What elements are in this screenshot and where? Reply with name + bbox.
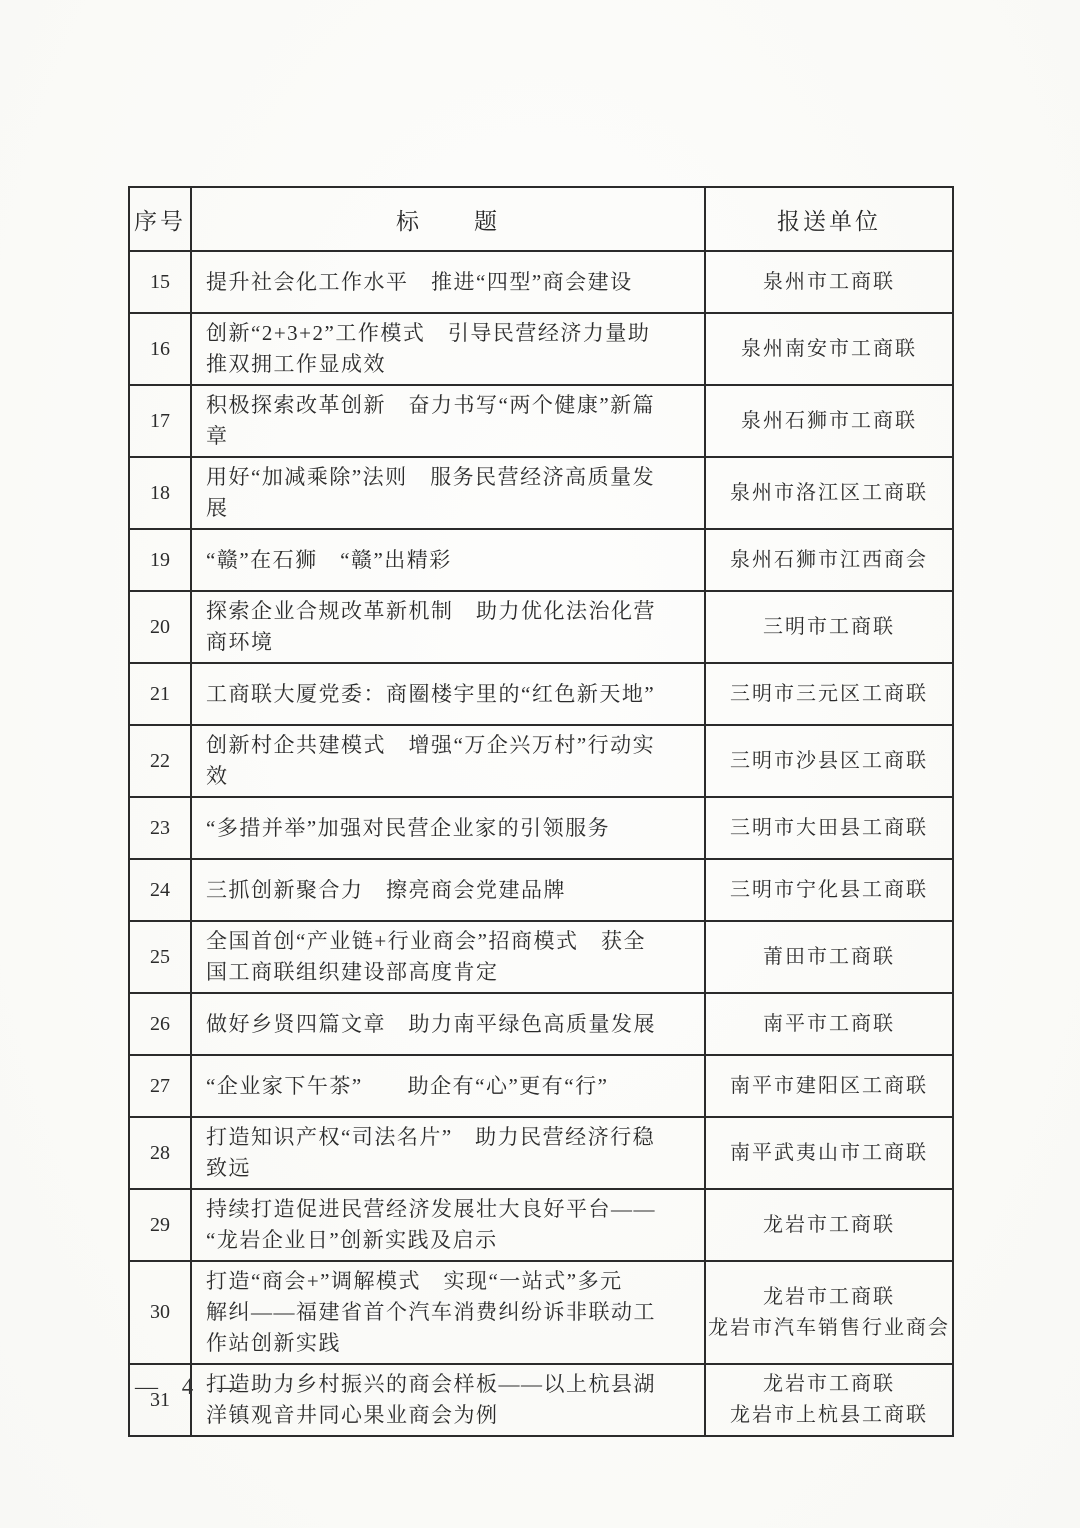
row-title-cell: 打造知识产权“司法名片” 助力民营经济行稳 致远 (191, 1117, 705, 1189)
row-unit-cell: 莆田市工商联 (705, 921, 953, 993)
row-title-cell: 三抓创新聚合力 擦亮商会党建品牌 (191, 859, 705, 921)
row-title-cell: 提升社会化工作水平 推进“四型”商会建设 (191, 251, 705, 313)
table-row: 25全国首创“产业链+行业商会”招商模式 获全 国工商联组织建设部高度肯定莆田市… (129, 921, 953, 993)
row-unit-cell: 三明市三元区工商联 (705, 663, 953, 725)
table-row: 26做好乡贤四篇文章 助力南平绿色高质量发展南平市工商联 (129, 993, 953, 1055)
row-unit-cell: 三明市大田县工商联 (705, 797, 953, 859)
header-title: 标 题 (191, 187, 705, 251)
table-row: 21工商联大厦党委：商圈楼宇里的“红色新天地”三明市三元区工商联 (129, 663, 953, 725)
table-row: 28打造知识产权“司法名片” 助力民营经济行稳 致远南平武夷山市工商联 (129, 1117, 953, 1189)
row-unit-cell: 三明市工商联 (705, 591, 953, 663)
row-index-cell: 18 (129, 457, 191, 529)
header-row: 序号 标 题 报送单位 (129, 187, 953, 251)
table-row: 29持续打造促进民营经济发展壮大良好平台—— “龙岩企业日”创新实践及启示龙岩市… (129, 1189, 953, 1261)
row-unit-cell: 泉州市洛江区工商联 (705, 457, 953, 529)
row-unit-cell: 南平武夷山市工商联 (705, 1117, 953, 1189)
row-title-cell: “企业家下午茶” 助企有“心”更有“行” (191, 1055, 705, 1117)
row-unit-cell: 三明市宁化县工商联 (705, 859, 953, 921)
row-unit-cell: 龙岩市工商联 龙岩市上杭县工商联 (705, 1364, 953, 1436)
row-title-cell: “多措并举”加强对民营企业家的引领服务 (191, 797, 705, 859)
table-header: 序号 标 题 报送单位 (129, 187, 953, 251)
row-title-cell: 创新村企共建模式 增强“万企兴万村”行动实 效 (191, 725, 705, 797)
row-unit-cell: 南平市建阳区工商联 (705, 1055, 953, 1117)
row-unit-cell: 龙岩市工商联 龙岩市汽车销售行业商会 (705, 1261, 953, 1364)
row-index-cell: 25 (129, 921, 191, 993)
table-row: 18用好“加减乘除”法则 服务民营经济高质量发 展泉州市洛江区工商联 (129, 457, 953, 529)
table-row: 27“企业家下午茶” 助企有“心”更有“行”南平市建阳区工商联 (129, 1055, 953, 1117)
row-unit-cell: 泉州市工商联 (705, 251, 953, 313)
row-title-cell: 做好乡贤四篇文章 助力南平绿色高质量发展 (191, 993, 705, 1055)
row-title-cell: 探索企业合规改革新机制 助力优化法治化营 商环境 (191, 591, 705, 663)
row-index-cell: 28 (129, 1117, 191, 1189)
table-row: 30打造“商会+”调解模式 实现“一站式”多元 解纠——福建省首个汽车消费纠纷诉… (129, 1261, 953, 1364)
scan-speck (286, 1384, 289, 1387)
row-title-cell: 工商联大厦党委：商圈楼宇里的“红色新天地” (191, 663, 705, 725)
row-index-cell: 30 (129, 1261, 191, 1364)
table-row: 19“赣”在石狮 “赣”出精彩泉州石狮市江西商会 (129, 529, 953, 591)
table-row: 22创新村企共建模式 增强“万企兴万村”行动实 效三明市沙县区工商联 (129, 725, 953, 797)
row-unit-cell: 龙岩市工商联 (705, 1189, 953, 1261)
row-index-cell: 29 (129, 1189, 191, 1261)
header-unit: 报送单位 (705, 187, 953, 251)
row-title-cell: 持续打造促进民营经济发展壮大良好平台—— “龙岩企业日”创新实践及启示 (191, 1189, 705, 1261)
row-index-cell: 20 (129, 591, 191, 663)
row-title-cell: 创新“2+3+2”工作模式 引导民营经济力量助 推双拥工作显成效 (191, 313, 705, 385)
row-index-cell: 26 (129, 993, 191, 1055)
table-row: 16创新“2+3+2”工作模式 引导民营经济力量助 推双拥工作显成效泉州南安市工… (129, 313, 953, 385)
table-row: 20探索企业合规改革新机制 助力优化法治化营 商环境三明市工商联 (129, 591, 953, 663)
submissions-table: 序号 标 题 报送单位 15提升社会化工作水平 推进“四型”商会建设泉州市工商联… (128, 186, 954, 1437)
table-row: 24三抓创新聚合力 擦亮商会党建品牌三明市宁化县工商联 (129, 859, 953, 921)
row-title-cell: 打造助力乡村振兴的商会样板——以上杭县湖 洋镇观音井同心果业商会为例 (191, 1364, 705, 1436)
row-index-cell: 16 (129, 313, 191, 385)
document-page: 序号 标 题 报送单位 15提升社会化工作水平 推进“四型”商会建设泉州市工商联… (0, 0, 1080, 1528)
table-body: 15提升社会化工作水平 推进“四型”商会建设泉州市工商联16创新“2+3+2”工… (129, 251, 953, 1436)
header-index: 序号 (129, 187, 191, 251)
table-row: 31打造助力乡村振兴的商会样板——以上杭县湖 洋镇观音井同心果业商会为例龙岩市工… (129, 1364, 953, 1436)
row-unit-cell: 泉州石狮市工商联 (705, 385, 953, 457)
row-title-cell: “赣”在石狮 “赣”出精彩 (191, 529, 705, 591)
row-index-cell: 17 (129, 385, 191, 457)
row-title-cell: 积极探索改革创新 奋力书写“两个健康”新篇 章 (191, 385, 705, 457)
row-index-cell: 27 (129, 1055, 191, 1117)
row-index-cell: 24 (129, 859, 191, 921)
table-row: 23“多措并举”加强对民营企业家的引领服务三明市大田县工商联 (129, 797, 953, 859)
row-unit-cell: 泉州南安市工商联 (705, 313, 953, 385)
row-index-cell: 15 (129, 251, 191, 313)
row-unit-cell: 泉州石狮市江西商会 (705, 529, 953, 591)
row-title-cell: 打造“商会+”调解模式 实现“一站式”多元 解纠——福建省首个汽车消费纠纷诉非联… (191, 1261, 705, 1364)
row-title-cell: 全国首创“产业链+行业商会”招商模式 获全 国工商联组织建设部高度肯定 (191, 921, 705, 993)
row-index-cell: 23 (129, 797, 191, 859)
page-number: — 4 — (135, 1374, 249, 1400)
row-title-cell: 用好“加减乘除”法则 服务民营经济高质量发 展 (191, 457, 705, 529)
row-unit-cell: 三明市沙县区工商联 (705, 725, 953, 797)
table-row: 15提升社会化工作水平 推进“四型”商会建设泉州市工商联 (129, 251, 953, 313)
table-row: 17积极探索改革创新 奋力书写“两个健康”新篇 章泉州石狮市工商联 (129, 385, 953, 457)
row-unit-cell: 南平市工商联 (705, 993, 953, 1055)
row-index-cell: 19 (129, 529, 191, 591)
row-index-cell: 21 (129, 663, 191, 725)
row-index-cell: 22 (129, 725, 191, 797)
